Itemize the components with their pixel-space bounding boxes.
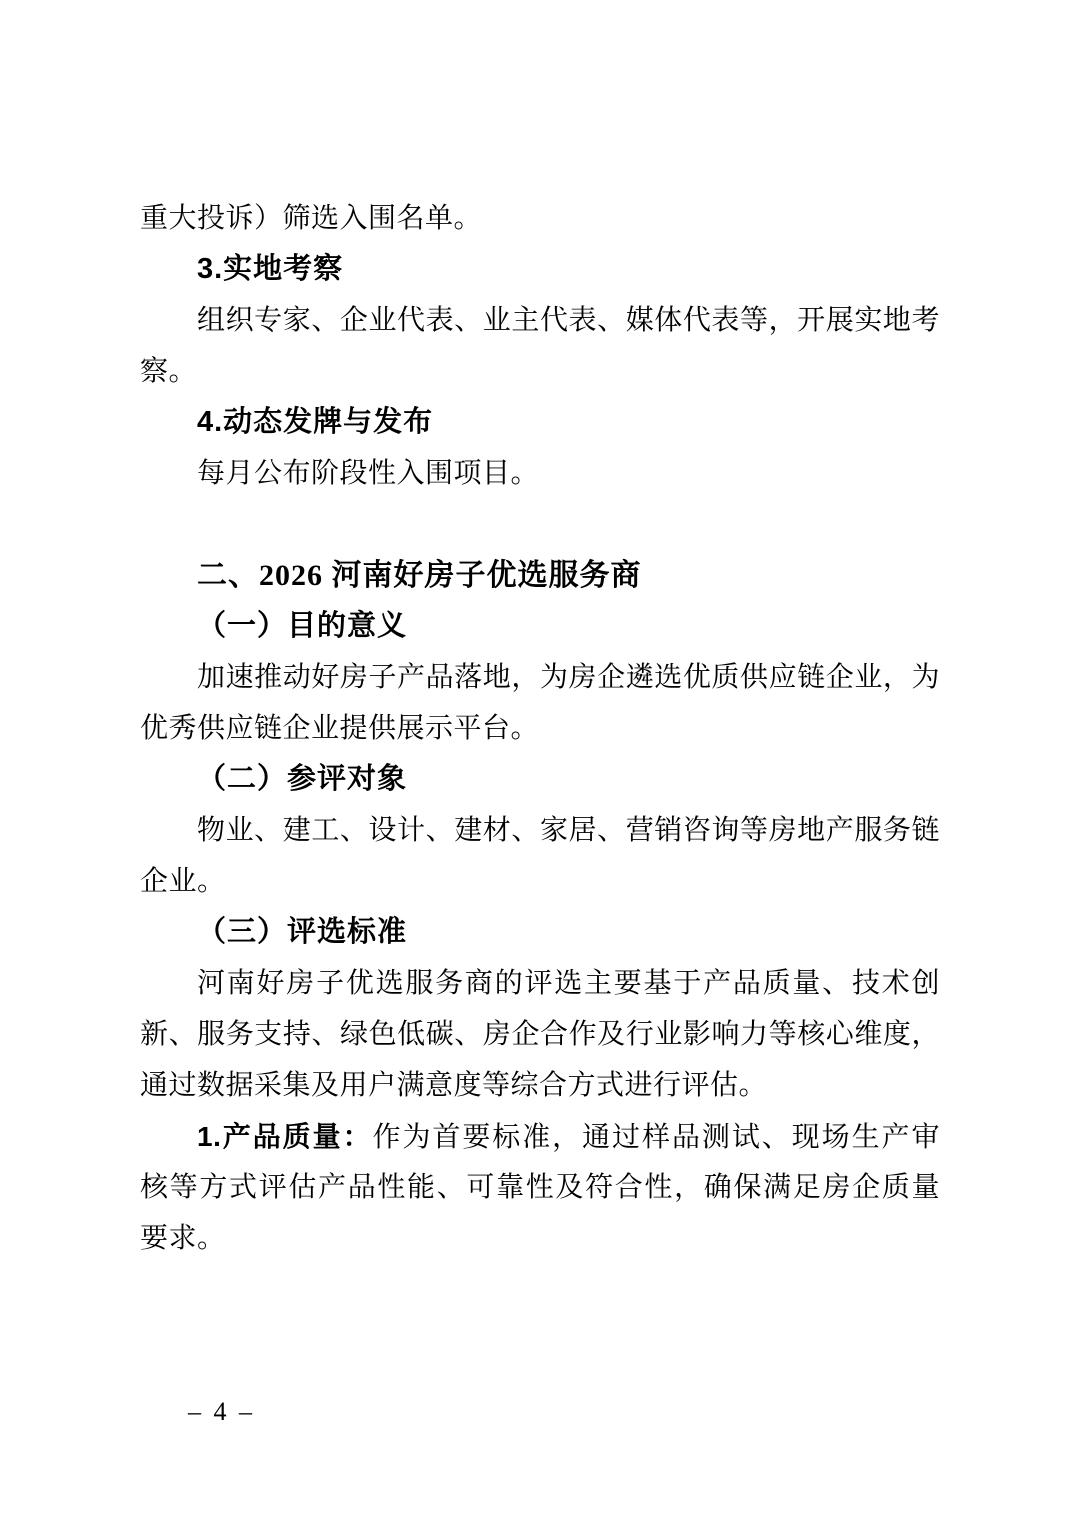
para-product-quality-line-2: 核等方式评估产品性能、可靠性及符合性，确保满足房企质量 [140,1162,940,1213]
product-quality-text: 作为首要标准，通过样品测试、现场生产审 [373,1122,940,1153]
para-monthly-announcement: 每月公布阶段性入围项目。 [140,448,940,499]
para-complaint-shortlist-end: 重大投诉）筛选入围名单。 [140,193,940,244]
para-criteria-line-2: 新、服务支持、绿色低碳、房企合作及行业影响力等核心维度， [140,1009,940,1060]
para-criteria-line-1: 河南好房子优选服务商的评选主要基于产品质量、技术创 [140,958,940,1009]
para-purpose-line-2: 优秀供应链企业提供展示平台。 [140,703,940,754]
document-body: 重大投诉）筛选入围名单。 3.实地考察 组织专家、企业代表、业主代表、媒体代表等… [140,193,940,1264]
page-number: – 4 – [188,1396,255,1428]
para-site-visit-line-1: 组织专家、企业代表、业主代表、媒体代表等，开展实地考 [140,295,940,346]
para-site-visit-line-2: 察。 [140,346,940,397]
document-page: 重大投诉）筛选入围名单。 3.实地考察 组织专家、企业代表、业主代表、媒体代表等… [0,0,1080,1527]
para-purpose-line-1: 加速推动好房子产品落地，为房企遴选优质供应链企业，为 [140,652,940,703]
para-participants-line-2: 企业。 [140,856,940,907]
para-product-quality-line-3: 要求。 [140,1213,940,1264]
blank-line [140,499,940,550]
product-quality-label: 1.产品质量： [197,1121,373,1152]
para-criteria-line-3: 通过数据采集及用户满意度等综合方式进行评估。 [140,1060,940,1111]
para-participants-line-1: 物业、建工、设计、建材、家居、营销咨询等房地产服务链 [140,805,940,856]
para-product-quality-line-1: 1.产品质量：作为首要标准，通过样品测试、现场生产审 [140,1111,940,1162]
heading-2-1-purpose: （一）目的意义 [140,601,940,652]
heading-3-site-visit: 3.实地考察 [140,244,940,295]
heading-2-2-participants: （二）参评对象 [140,754,940,805]
heading-section-2: 二、2026 河南好房子优选服务商 [140,550,940,601]
heading-2-3-criteria: （三）评选标准 [140,907,940,958]
heading-4-dynamic-award: 4.动态发牌与发布 [140,397,940,448]
